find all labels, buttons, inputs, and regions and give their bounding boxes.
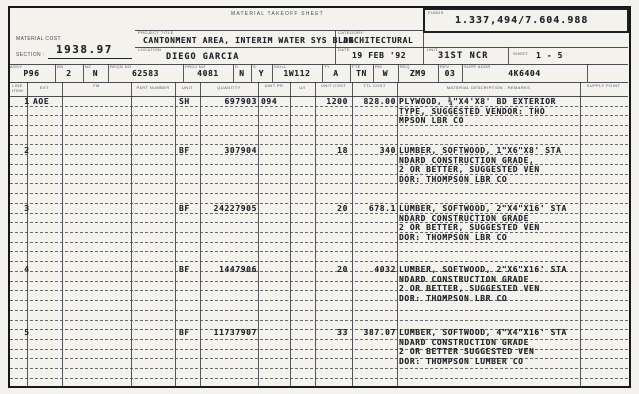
ruled-line <box>10 193 628 194</box>
field-value: 2 <box>55 69 83 78</box>
cell-quantity: 307904 <box>196 146 257 155</box>
unit-label: UNIT <box>427 48 438 53</box>
column-header: TTL COST <box>352 84 397 89</box>
ruled-line <box>10 242 628 243</box>
grid-vline <box>587 64 588 82</box>
grid-hline <box>10 82 628 83</box>
project-title: CANTONMENT AREA, INTERIM WATER SYS BLDG <box>143 36 354 45</box>
ruled-line <box>10 251 628 252</box>
field-value: 1W112 <box>272 69 322 78</box>
column-header: UNIT PR <box>258 84 290 89</box>
field-value: A <box>322 69 350 78</box>
ruled-line <box>10 183 628 184</box>
cell-unit-pr: 094 <box>261 97 277 106</box>
section-underline <box>48 58 132 59</box>
cell-line-item: 4 <box>20 265 34 274</box>
column-header: SUPPLY POINT <box>580 84 627 89</box>
cell-quantity: 1447906 <box>196 265 257 274</box>
grid-vline <box>580 82 581 386</box>
cell-unit: BF <box>179 146 190 155</box>
date-value: 19 FEB '92 <box>352 51 406 60</box>
cell-ttl-cost: 340 <box>348 146 396 155</box>
grid-hline <box>135 47 628 48</box>
field-value: 4081 <box>183 69 233 78</box>
column-header: U/I <box>290 86 315 91</box>
ruled-line <box>10 125 628 126</box>
field-value: N <box>83 69 108 78</box>
cell-ttl-cost: 4032 <box>348 265 396 274</box>
field-value: N <box>233 69 251 78</box>
cell-unit: BF <box>179 204 190 213</box>
cell-line-item: 1 <box>20 97 34 106</box>
cell-description: DOR: THOMPSON LBR CO <box>399 233 507 242</box>
cell-description: TYPE, SUGGESTED VENDOR: THO <box>399 107 545 116</box>
grid-vline <box>258 82 259 386</box>
category-value: ARCHITECTURAL <box>343 36 413 45</box>
column-header: FM <box>62 84 131 89</box>
material-cost-label: MATERIAL COST <box>16 36 61 42</box>
column-header: PART NUMBER <box>131 86 175 91</box>
unit-value: 31ST NCR <box>438 51 489 61</box>
cell-quantity: 24227905 <box>196 204 257 213</box>
cell-ttl-cost: 387.07 <box>348 328 396 337</box>
cell-description: DOR: THOMPSON LUMBER CO <box>399 357 524 366</box>
ruled-line <box>10 358 628 359</box>
cell-unit-cost: 18 <box>310 146 348 155</box>
field-value: W <box>373 69 398 78</box>
ruled-line <box>10 261 628 262</box>
cell-line-item: 3 <box>20 204 34 213</box>
ruled-line <box>10 310 628 311</box>
location-label: LOCATION <box>138 48 161 53</box>
cell-description: MPSON LBR CO <box>399 116 464 125</box>
ruled-line <box>10 339 628 340</box>
ruled-line <box>10 232 628 233</box>
cell-unit-cost: 1200 <box>310 97 348 106</box>
cell-description: 2 OR BETTER, SUGGESTED VEN <box>399 165 540 174</box>
cell-description: LUMBER, SOFTWOOD, 2"X4"X16' STA <box>399 204 567 213</box>
field-value: Y <box>251 69 272 78</box>
funds-value: 1.337,494/7.604.988 <box>455 15 588 26</box>
cell-unit-cost: 20 <box>310 265 348 274</box>
category-label: CATEGORY <box>338 31 363 36</box>
cell-description: NDARD CONSTRUCTION GRADE <box>399 275 529 284</box>
date-label: DATE <box>338 48 350 53</box>
field-value: P96 <box>8 69 55 78</box>
field-value: 62583 <box>108 69 183 78</box>
grid-vline <box>315 82 316 386</box>
cell-description: NDARD CONSTRUCTION GRADE, <box>399 156 534 165</box>
cell-description: 2 OR BETTER SUGGESTED VEN <box>399 347 534 356</box>
section-value: 1938.97 <box>56 43 113 56</box>
cell-description: DOR: THOMPSON LBR CO <box>399 294 507 303</box>
funds-box: FUNDS 1.337,494/7.604.988 <box>423 8 629 33</box>
ruled-line <box>10 349 628 350</box>
cell-description: 2 OR BETTER, SUGGESTED VEN <box>399 223 540 232</box>
field-value: 03 <box>438 69 462 78</box>
cell-description: DOR: THOMPSON LBR CO <box>399 175 507 184</box>
cell-unit-cost: 20 <box>310 204 348 213</box>
field-value: ZM9 <box>398 69 438 78</box>
cell-description: NDARD CONSTRUCTION GRADE <box>399 214 529 223</box>
location-value: DIEGO GARCIA <box>166 52 239 62</box>
grid-vline <box>352 82 353 386</box>
cell-area: AOE <box>33 97 49 106</box>
cell-quantity: 697903 <box>196 97 257 106</box>
sheet-number: 1 - 5 <box>536 51 563 60</box>
project-title-label: PROJECT TITLE <box>138 31 174 36</box>
grid-vline <box>508 47 509 64</box>
field-value: TN <box>350 69 373 78</box>
ruled-line <box>10 281 628 282</box>
grid-vline <box>423 30 424 64</box>
ruled-line <box>10 378 628 379</box>
cell-unit: SH <box>179 97 190 106</box>
ruled-line <box>10 368 628 369</box>
cell-line-item: 2 <box>20 146 34 155</box>
column-header: QUANTITY <box>200 86 258 91</box>
ruled-line <box>10 135 628 136</box>
cell-description: 2 OR BETTER, SUGGESTED VEN <box>399 284 540 293</box>
funds-label: FUNDS <box>428 11 444 16</box>
section-label: SECTION : <box>16 52 45 58</box>
cell-unit: BF <box>179 328 190 337</box>
cell-description: LUMBER, SOFTWOOD, 2"X6"X16' STA <box>399 265 567 274</box>
cell-ttl-cost: 828.00 <box>348 97 396 106</box>
cell-ttl-cost: 678.1 <box>348 204 396 213</box>
cell-description: PLYWOOD, ¾"X4'X8' BD EXTERIOR <box>399 97 556 106</box>
grid-vline <box>397 82 398 386</box>
cell-description: NDARD CONSTRUCTION GRADE <box>399 338 529 347</box>
column-header: LINE ITEM <box>8 84 27 93</box>
grid-vline <box>27 82 28 386</box>
grid-vline <box>175 82 176 386</box>
column-header: MATERIAL DESCRIPTION - REMARKS <box>397 86 580 91</box>
cell-description: LUMBER, SOFTWOOD, 1"X6"X8' STA <box>399 146 562 155</box>
column-header: UNIT <box>175 86 200 91</box>
grid-vline <box>131 82 132 386</box>
ruled-line <box>10 300 628 301</box>
column-header: UNIT COST <box>315 84 352 89</box>
column-header: EXT <box>27 86 62 91</box>
material-takeoff-sheet: MATERIAL TAKEOFF SHEET FUNDS 1.337,494/7… <box>0 0 639 394</box>
cell-unit-cost: 33 <box>310 328 348 337</box>
cell-quantity: 11737907 <box>196 328 257 337</box>
grid-vline <box>200 82 201 386</box>
ruled-line <box>10 320 628 321</box>
grid-vline <box>290 82 291 386</box>
sheet-number-label: SHEET <box>513 52 528 57</box>
grid-vline <box>62 82 63 386</box>
cell-unit: BF <box>179 265 190 274</box>
cell-description: LUMBER, SOFTWOOD, 4"X4"X16' STA <box>399 328 567 337</box>
sheet-title: MATERIAL TAKEOFF SHEET <box>231 11 324 17</box>
grid-hline <box>10 64 628 65</box>
field-value: 4K6404 <box>462 69 587 78</box>
cell-line-item: 5 <box>20 328 34 337</box>
